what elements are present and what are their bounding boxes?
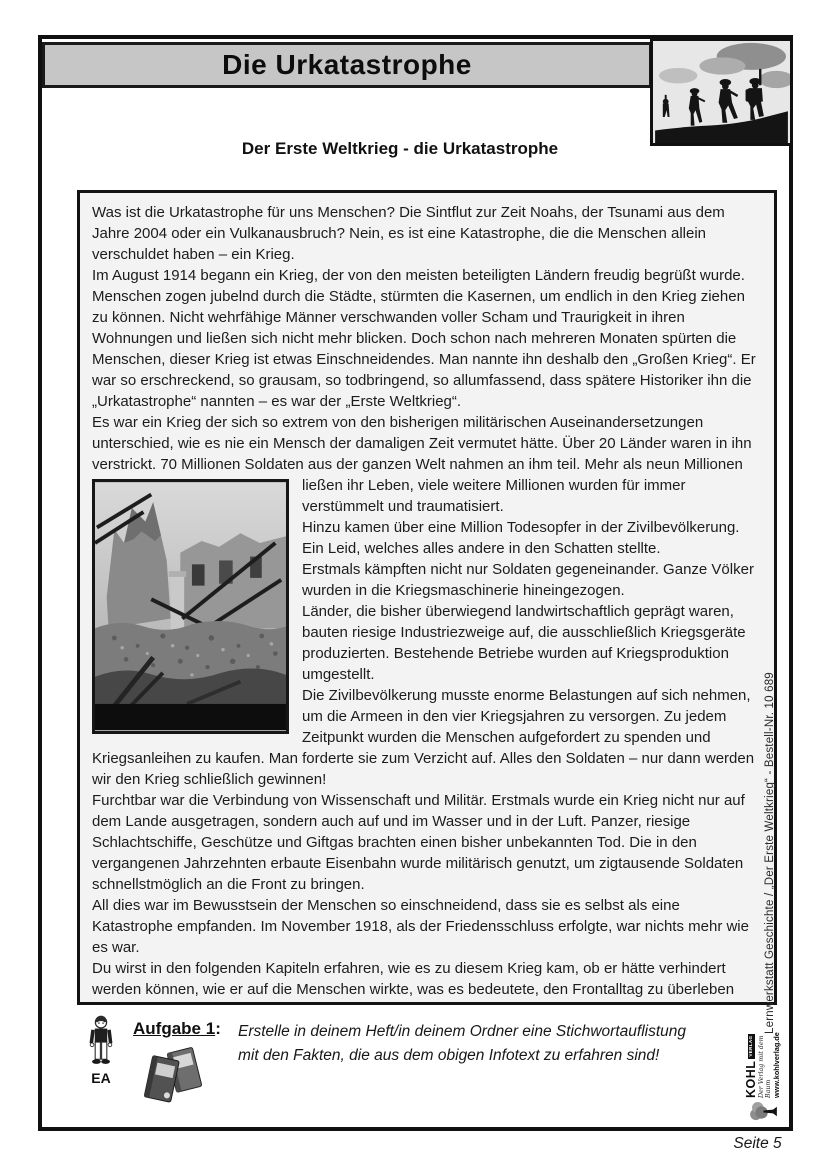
ruins-photo [92, 479, 289, 734]
notebooks-icon [140, 1046, 206, 1104]
publisher-name-badge: VERLAG [748, 1034, 755, 1059]
infotext-paragraph-9: All dies war im Bewusstsein der Menschen… [92, 895, 762, 958]
publisher-logo-text: KOHL VERLAG Der Verlag mit dem Baum www.… [745, 1032, 781, 1098]
publisher-logo: KOHL VERLAG Der Verlag mit dem Baum www.… [736, 1040, 790, 1122]
infotext-paragraph-2: Im August 1914 begann ein Krieg, der von… [92, 265, 762, 412]
tree-icon [748, 1101, 779, 1122]
infotext-paragraph-1: Was ist die Urkatastrophe für uns Mensch… [92, 202, 762, 265]
document-subtitle: Der Erste Weltkrieg - die Urkatastrophe [77, 139, 723, 159]
ruins-image [95, 482, 286, 731]
infotext-paragraph-10: Du wirst in den folgenden Kapiteln erfah… [92, 958, 762, 1005]
task-label: Aufgabe 1: [133, 1019, 221, 1039]
publisher-name: KOHL [745, 1061, 758, 1098]
page-number: Seite 5 [690, 1135, 825, 1153]
page-header: Die Urkatastrophe [42, 42, 652, 88]
page-title: Die Urkatastrophe [222, 49, 472, 81]
publisher-website: www.kohlverlag.de [773, 1032, 781, 1098]
single-work-person-icon [86, 1014, 116, 1066]
infotext-paragraph-3: Es war ein Krieg der sich so extrem von … [92, 412, 762, 517]
work-mode-badge: EA [84, 1070, 118, 1086]
publisher-slogan: Der Verlag mit dem Baum [759, 1032, 772, 1098]
task-label-colon: : [215, 1019, 221, 1038]
task-instruction: Erstelle in deinem Heft/in deinem Ordner… [238, 1020, 700, 1067]
soldiers-silhouette-image [653, 41, 790, 143]
sidebar-edition-text: Lernwerkstatt Geschichte / „Der Erste We… [764, 672, 776, 1034]
soldiers-photo [650, 38, 793, 146]
task-label-text: Aufgabe 1 [133, 1019, 215, 1038]
infotext-box: Was ist die Urkatastrophe für uns Mensch… [77, 190, 777, 1005]
infotext-paragraph-8: Furchtbar war die Verbindung von Wissens… [92, 790, 762, 895]
